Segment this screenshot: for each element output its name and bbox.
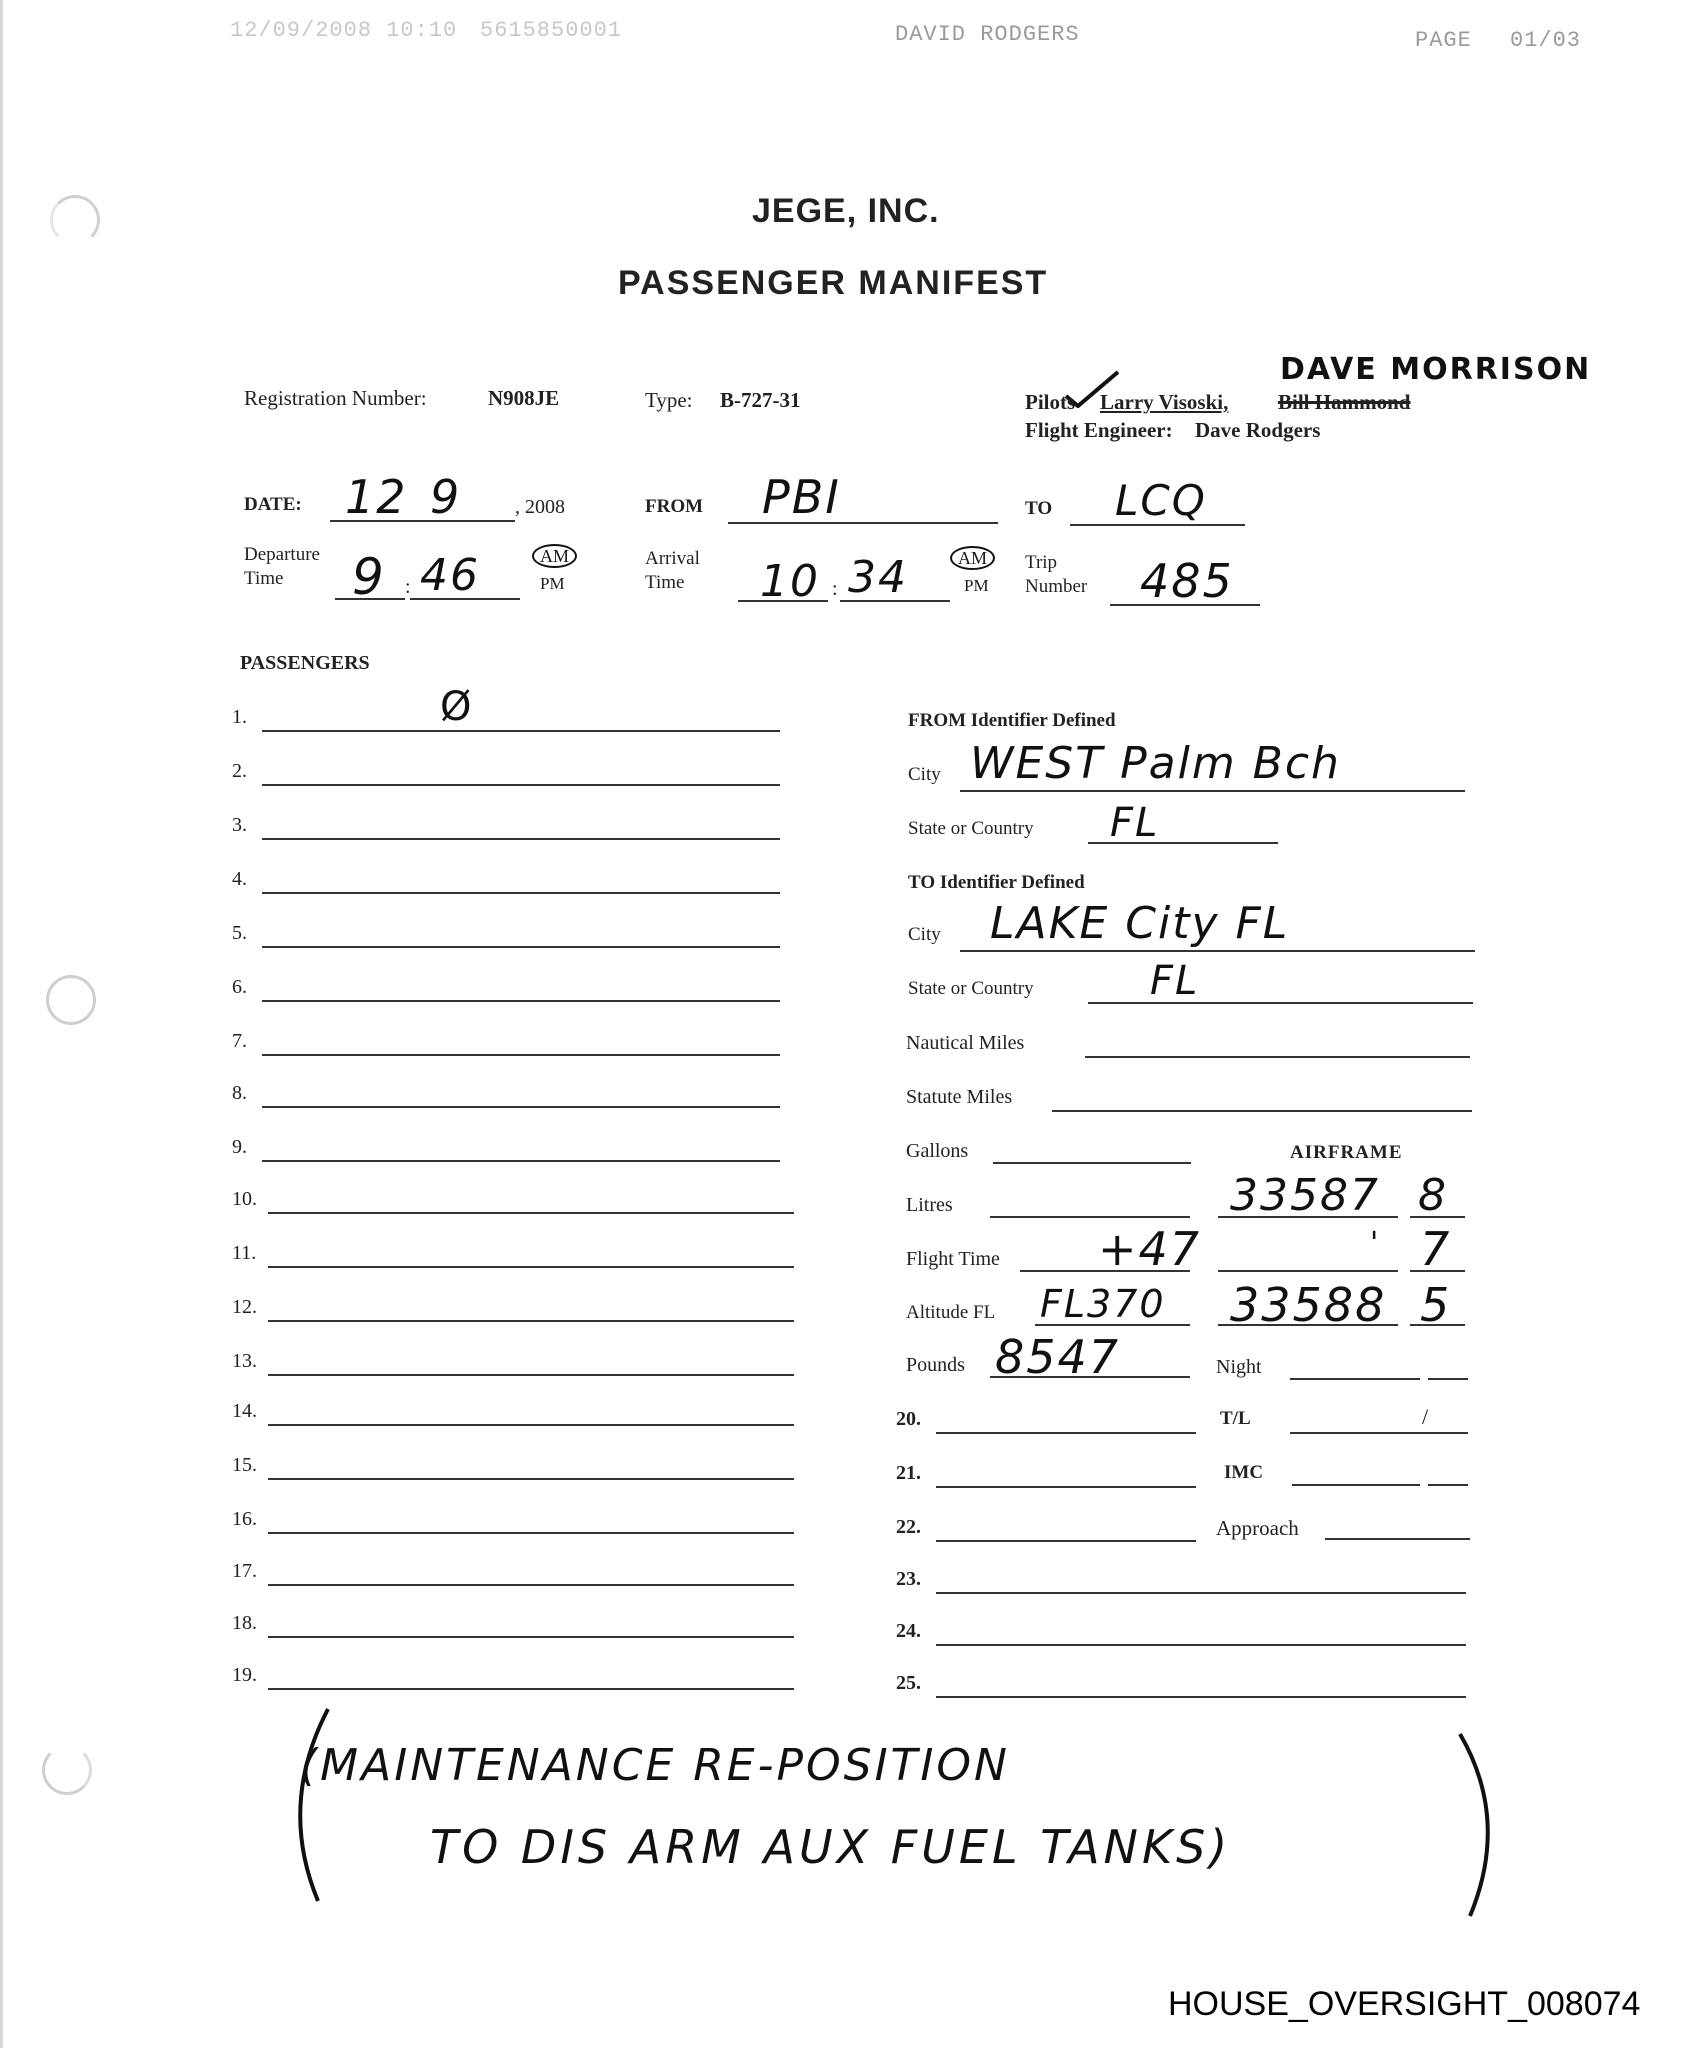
from-city-label: City [908,764,941,786]
airframe-start-tenth[interactable]: 8 [1418,1170,1448,1221]
night-label: Night [1216,1356,1262,1379]
to-city-value[interactable]: LAKE City FL [990,898,1289,949]
numbered-row-line[interactable] [936,1592,1466,1594]
to-value[interactable]: LCQ [1115,476,1207,525]
passenger-row-number: 10. [232,1188,257,1211]
handwritten-note-line-2: TO DIS ARM AUX FUEL TANKS) [430,1820,1231,1874]
passenger-row-number: 19. [232,1664,257,1687]
departure-colon: : [405,576,411,599]
passenger-row-line[interactable] [262,730,780,732]
passenger-row-number: 6. [232,976,247,999]
flight-time-value[interactable]: +47 [1098,1222,1201,1276]
passenger-row-value[interactable]: Ø [440,684,473,730]
passengers-heading: PASSENGERS [240,652,370,675]
date-label: DATE: [244,494,302,516]
registration-value: N908JE [488,386,559,411]
from-identifier-heading: FROM Identifier Defined [908,710,1116,732]
passenger-row-line[interactable] [262,1160,780,1162]
pilot-label: Pilots [1025,390,1075,415]
passenger-row-number: 14. [232,1400,257,1423]
departure-minute[interactable]: 46 [420,550,480,601]
numbered-row-number: 24. [896,1620,921,1643]
litres-label: Litres [906,1194,953,1217]
numbered-row-line[interactable] [936,1644,1466,1646]
airframe-add-whole[interactable]: ' [1370,1226,1380,1261]
handwritten-note-line-1: (MAINTENANCE RE-POSITION [300,1740,1010,1791]
fax-header-page-label: PAGE [1415,28,1472,53]
fax-header-page-value: 01/03 [1510,28,1581,53]
numbered-row-line[interactable] [936,1432,1196,1434]
date-month[interactable]: 12 [345,470,408,524]
arrival-minute[interactable]: 34 [848,552,908,603]
passenger-row-line[interactable] [268,1266,794,1268]
airframe-heading: AIRFRAME [1290,1142,1403,1164]
pilot-struck-name: Bill Hammond [1278,390,1410,415]
numbered-row-line[interactable] [936,1696,1466,1698]
fax-header-number: 5615850001 [480,18,622,43]
passenger-row-number: 7. [232,1030,247,1053]
imc-label: IMC [1224,1462,1263,1484]
flight-time-label: Flight Time [906,1248,1000,1271]
passenger-row-line[interactable] [268,1636,794,1638]
engineer-name: Dave Rodgers [1195,418,1320,443]
passenger-row-line[interactable] [262,784,780,786]
passenger-row-number: 15. [232,1454,257,1477]
punch-hole-top [50,195,100,245]
document-title: PASSENGER MANIFEST [618,264,1048,303]
trip-label-1: Trip [1025,552,1057,574]
passenger-row-number: 18. [232,1612,257,1635]
engineer-label: Flight Engineer: [1025,418,1173,443]
from-value[interactable]: PBI [762,470,841,524]
passenger-row-number: 4. [232,868,247,891]
to-identifier-heading: TO Identifier Defined [908,872,1085,894]
numbered-row-line[interactable] [936,1540,1196,1542]
numbered-row-number: 25. [896,1672,921,1695]
trip-number-value[interactable]: 485 [1140,554,1234,608]
departure-label-1: Departure [244,544,320,566]
note-bracket-left [278,1705,338,1910]
nautical-miles-label: Nautical Miles [906,1032,1024,1055]
departure-pm[interactable]: PM [540,574,565,594]
passenger-row-line[interactable] [268,1374,794,1376]
numbered-row-number: 23. [896,1568,921,1591]
gallons-label: Gallons [906,1140,968,1163]
airframe-start-whole[interactable]: 33587 [1230,1170,1380,1221]
passenger-row-number: 5. [232,922,247,945]
arrival-am-selected[interactable]: AM [950,546,995,570]
date-day[interactable]: 9 [430,470,461,524]
tl-label: T/L [1220,1408,1251,1430]
arrival-label-1: Arrival [645,548,700,570]
passenger-row-line[interactable] [268,1424,794,1426]
pounds-value[interactable]: 8547 [995,1330,1120,1384]
scan-edge [0,0,3,2048]
from-state-label: State or Country [908,818,1034,840]
to-city-label: City [908,924,941,946]
company-name: JEGE, INC. [752,192,940,231]
passenger-row-number: 2. [232,760,247,783]
numbered-row-number: 22. [896,1516,921,1539]
passenger-row-line[interactable] [268,1478,794,1480]
statute-miles-label: Statute Miles [906,1086,1012,1109]
numbered-row-line[interactable] [936,1486,1196,1488]
altitude-value[interactable]: FL370 [1040,1282,1166,1326]
to-state-label: State or Country [908,978,1034,1000]
punch-hole-bottom [42,1745,92,1795]
passenger-row-number: 1. [232,706,247,729]
punch-hole-middle [46,975,96,1025]
passenger-row-number: 3. [232,814,247,837]
passenger-row-line[interactable] [262,946,780,948]
bates-number: HOUSE_OVERSIGHT_008074 [1168,1985,1640,2024]
arrival-hour[interactable]: 10 [760,556,820,607]
departure-hour[interactable]: 9 [352,548,386,606]
numbered-row-number: 21. [896,1462,921,1485]
passenger-row-line[interactable] [268,1212,794,1214]
passenger-row-line[interactable] [262,1000,780,1002]
fax-header-sender: DAVID RODGERS [895,22,1080,47]
handwritten-pilot-addition: DAVE MORRISON [1280,352,1591,387]
approach-label: Approach [1216,1516,1299,1541]
departure-label-2: Time [244,568,283,590]
passenger-row-line[interactable] [262,1106,780,1108]
airframe-add-tenth[interactable]: 7 [1420,1222,1451,1276]
passenger-row-line[interactable] [268,1532,794,1534]
arrival-colon: : [832,578,838,601]
airframe-end-whole[interactable]: 33588 [1230,1278,1386,1332]
passenger-row-number: 16. [232,1508,257,1531]
type-label: Type: [645,388,693,413]
passenger-row-line[interactable] [262,1054,780,1056]
passenger-row-number: 11. [232,1242,256,1265]
note-bracket-right [1450,1730,1510,1925]
passenger-row-number: 12. [232,1296,257,1319]
from-city-value[interactable]: WEST Palm Bch [970,738,1341,789]
type-value: B-727-31 [720,388,801,413]
trip-label-2: Number [1025,576,1087,598]
numbered-row-number: 20. [896,1408,921,1431]
from-state-value[interactable]: FL [1110,800,1159,846]
registration-label: Registration Number: [244,386,427,411]
departure-am-selected[interactable]: AM [532,544,577,568]
passenger-row-line[interactable] [268,1688,794,1690]
passenger-row-line[interactable] [262,838,780,840]
altitude-label: Altitude FL [906,1302,995,1324]
to-state-value[interactable]: FL [1150,958,1199,1004]
passenger-row-line[interactable] [268,1320,794,1322]
passenger-row-number: 8. [232,1082,247,1105]
from-label: FROM [645,496,703,518]
tl-slash: / [1422,1404,1428,1430]
pounds-label: Pounds [906,1354,965,1377]
airframe-end-tenth[interactable]: 5 [1420,1278,1451,1332]
arrival-label-2: Time [645,572,684,594]
passenger-row-line[interactable] [268,1584,794,1586]
to-label: TO [1025,498,1052,520]
passenger-row-line[interactable] [262,892,780,894]
passenger-row-number: 13. [232,1350,257,1373]
date-year: , 2008 [515,496,565,519]
passenger-row-number: 17. [232,1560,257,1583]
passenger-row-number: 9. [232,1136,247,1159]
pilot-name: Larry Visoski, [1100,390,1228,415]
fax-header-timestamp: 12/09/2008 10:10 [230,18,457,43]
arrival-pm[interactable]: PM [964,576,989,596]
